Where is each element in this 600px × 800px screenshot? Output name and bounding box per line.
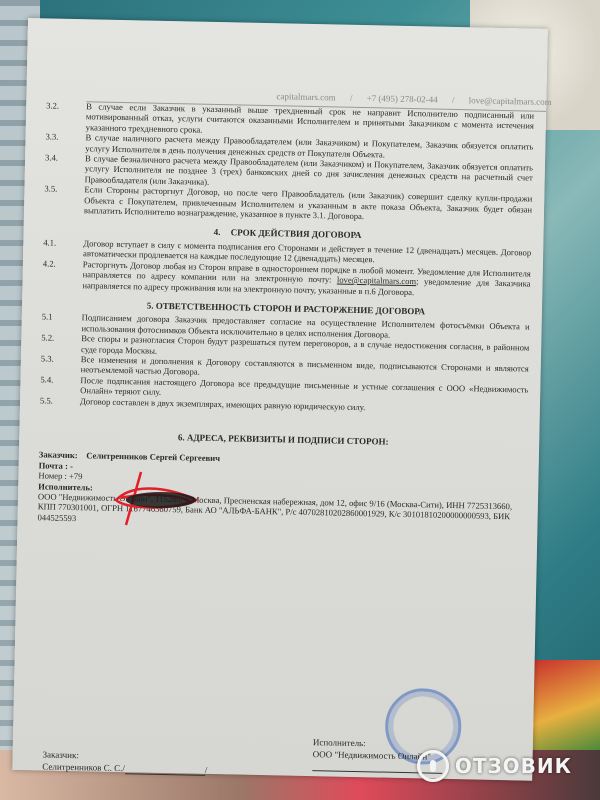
header-separator: / — [452, 95, 455, 105]
redaction-scribble — [86, 470, 206, 530]
section-3-clauses: 3.2.В случае если Заказчик в указанный в… — [44, 100, 534, 225]
section-5-clauses: 5.1Подписанием договора Заказчик предост… — [40, 312, 530, 416]
header-separator: / — [350, 93, 353, 103]
header-email: love@capitalmars.com — [469, 95, 552, 107]
otzovik-logo-icon — [417, 750, 449, 782]
page-header: capitalmars.com / +7 (495) 278-02-44 / l… — [276, 91, 564, 107]
contract-body: 3.2.В случае если Заказчик в указанный в… — [37, 100, 534, 532]
header-site: capitalmars.com — [276, 91, 335, 102]
customer-signature-block: Заказчик: Селитренников С. С.// — [42, 748, 208, 775]
contract-page: capitalmars.com / +7 (495) 278-02-44 / l… — [12, 18, 548, 781]
header-phone: +7 (495) 278-02-44 — [367, 93, 438, 104]
otzovik-watermark: ОТЗОВИК — [417, 750, 572, 782]
customer-label: Заказчик: — [39, 450, 78, 461]
section-6-title: 6. АДРЕСА, РЕКВИЗИТЫ И ПОДПИСИ СТОРОН: — [39, 429, 527, 450]
